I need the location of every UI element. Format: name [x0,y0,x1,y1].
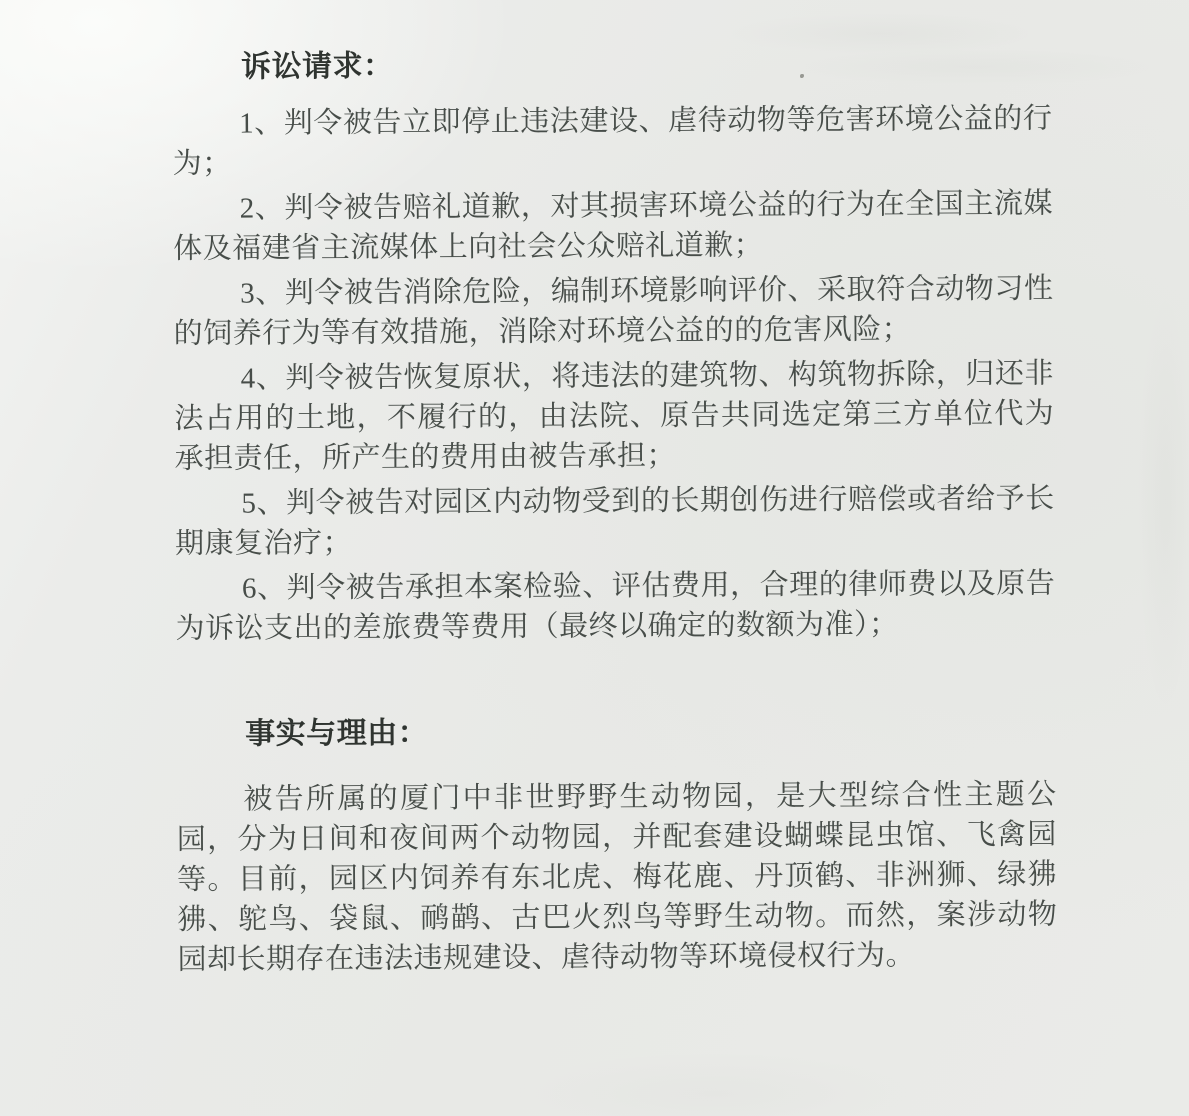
claim-item-2: 2、判令被告赔礼道歉，对其损害环境公益的行为在全国主流媒体及福建省主流媒体上向社… [173,184,1053,269]
document-text-block: 诉讼请求： 1、判令被告立即停止违法建设、虐待动物等危害环境公益的行为； 2、判… [172,43,1058,980]
claim-item-1: 1、判令被告立即停止违法建设、虐待动物等危害环境公益的行为； [172,99,1052,184]
claim-item-3: 3、判令被告消除危险，编制环境影响评价、采取符合动物习性的饲养行为等有效措施，消… [173,269,1053,354]
claim-item-6: 6、判令被告承担本案检验、评估费用，合理的律师费以及原告为诉讼支出的差旅费等费用… [175,564,1055,649]
claims-section-heading: 诉讼请求： [172,43,1052,88]
facts-paragraph: 被告所属的厦门中非世野野生动物园，是大型综合性主题公园，分为日间和夜间两个动物园… [176,775,1057,980]
claim-item-4: 4、判令被告恢复原状，将违法的建筑物、构筑物拆除，归还非法占用的土地，不履行的，… [174,354,1055,479]
facts-section-heading: 事实与理由： [176,710,1056,755]
claim-item-5: 5、判令被告对园区内动物受到的长期创伤进行赔偿或者给予长期康复治疗； [175,479,1055,564]
scanned-legal-document-page: 诉讼请求： 1、判令被告立即停止违法建设、虐待动物等危害环境公益的行为； 2、判… [0,0,1189,1116]
